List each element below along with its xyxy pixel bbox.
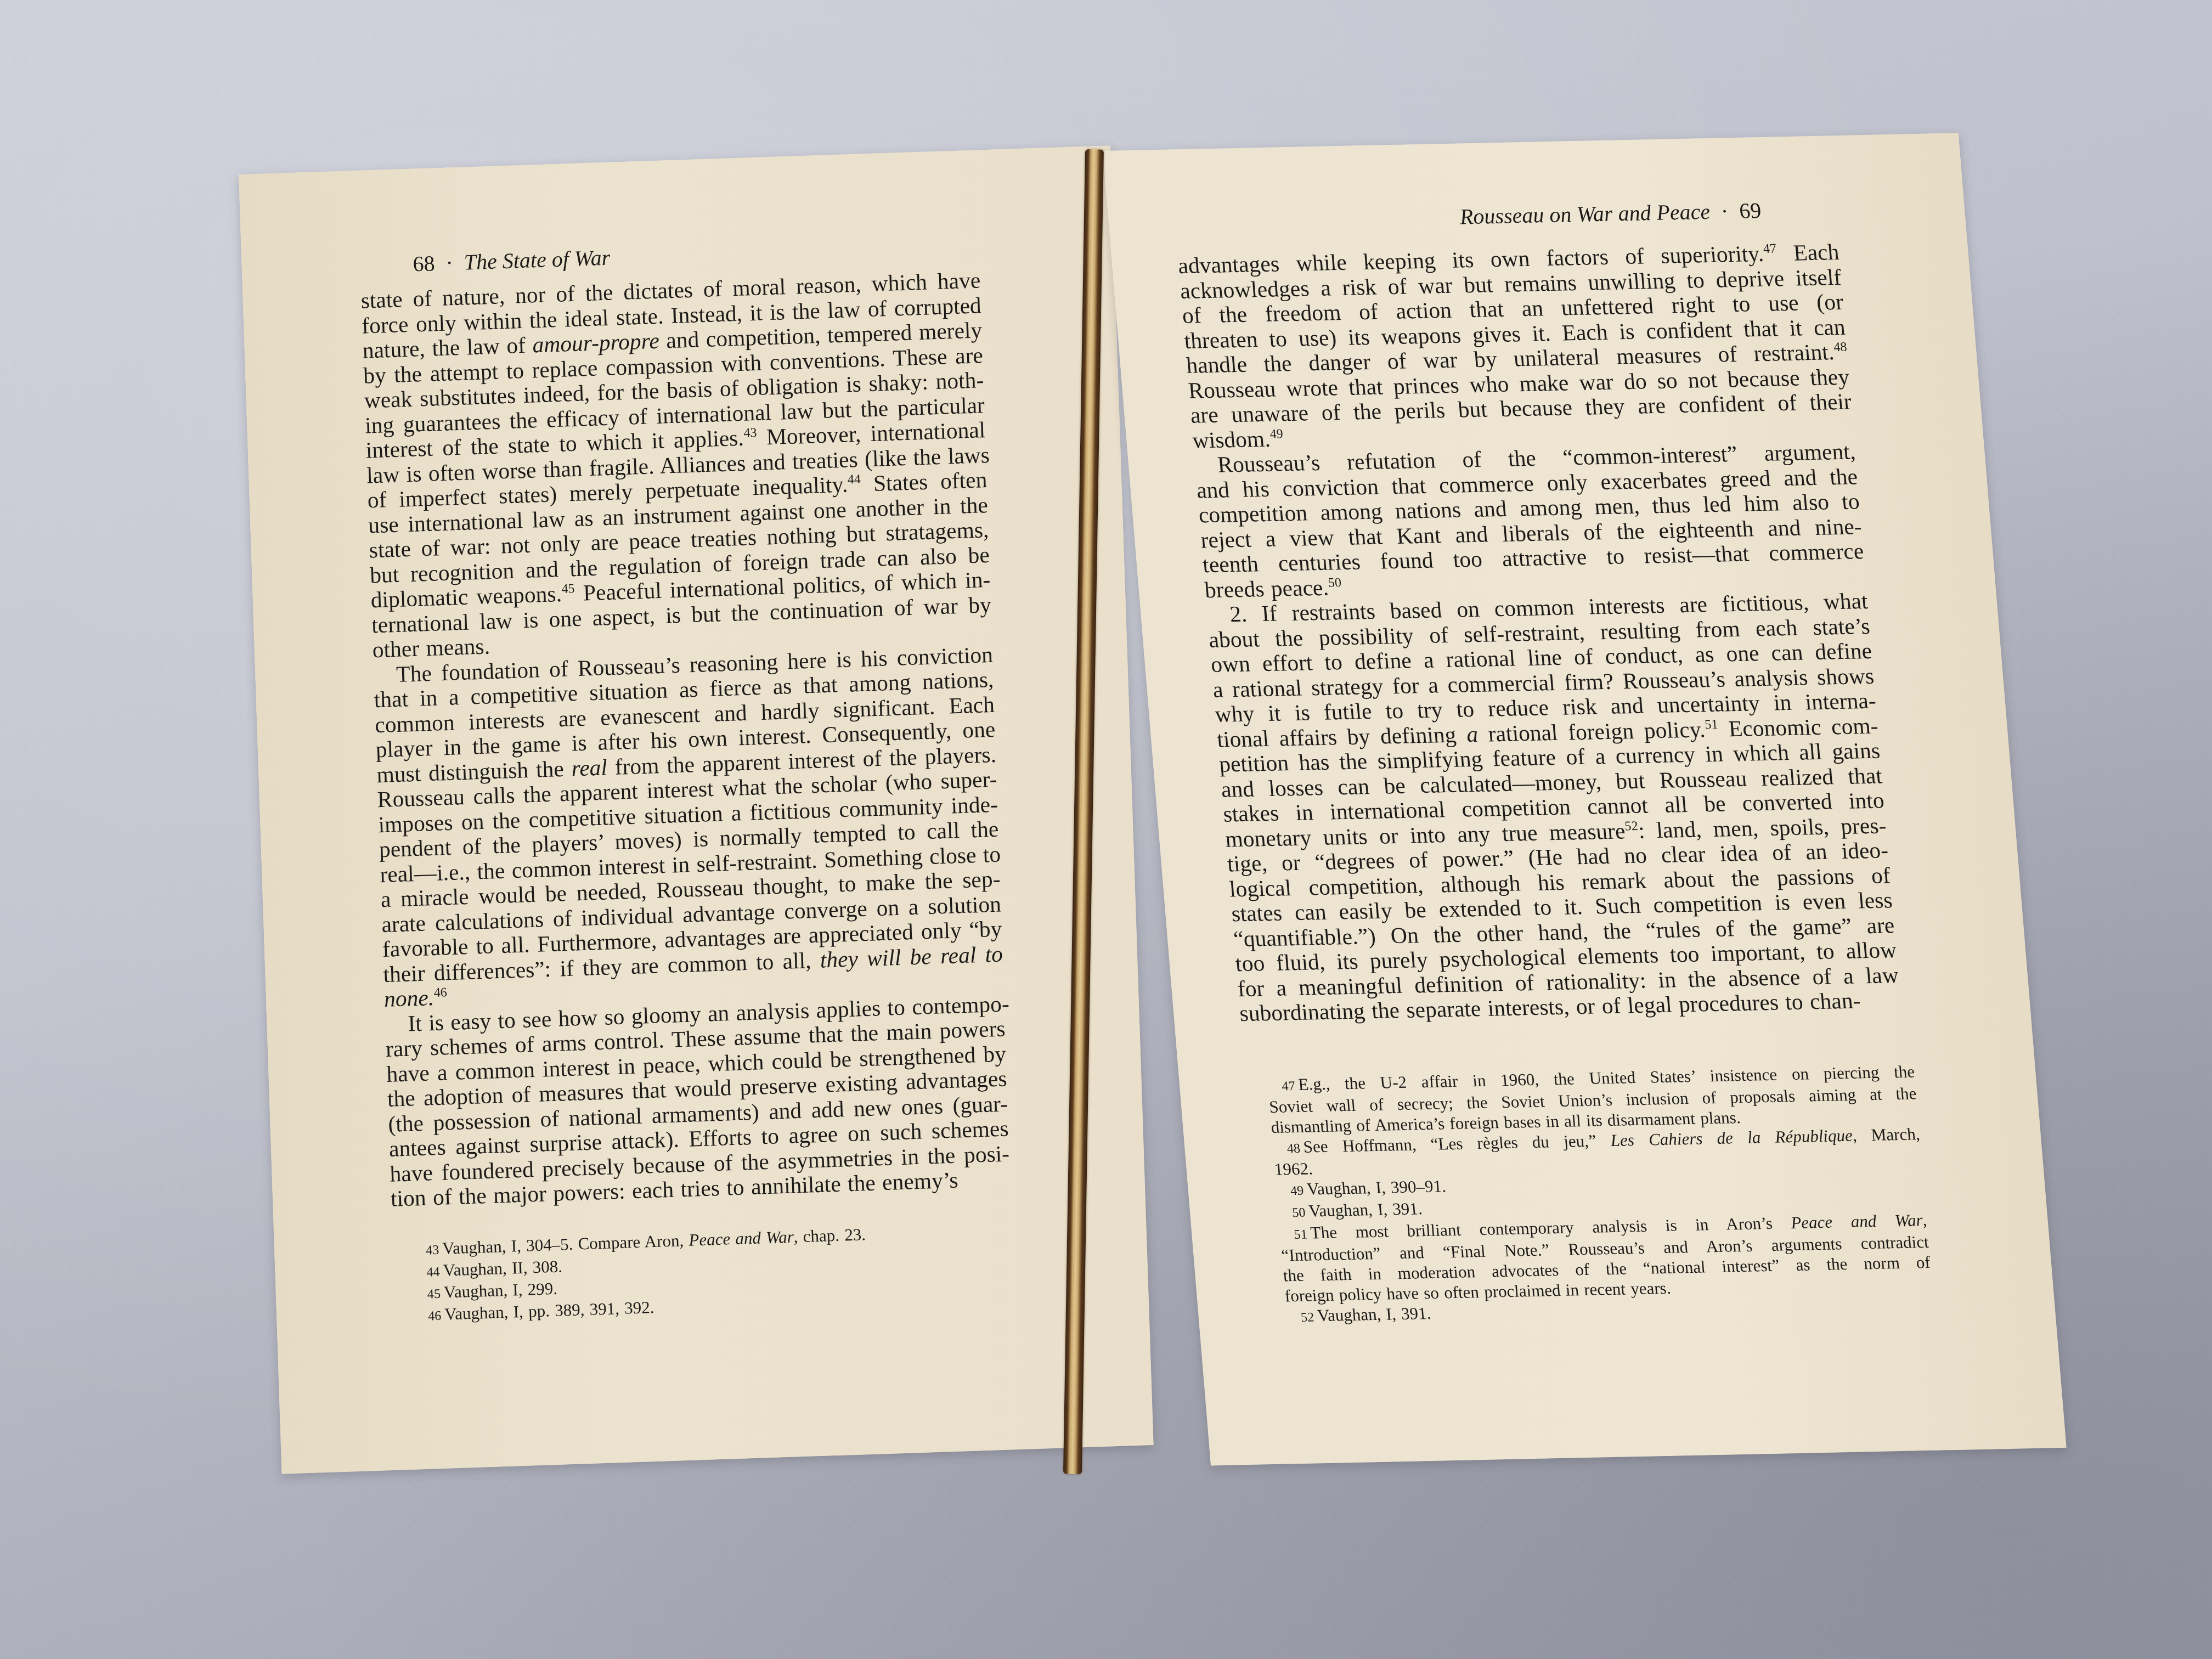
footnote-number: 44	[426, 1265, 440, 1280]
header-separator: ·	[445, 250, 454, 275]
open-book: 68·The State of War state of nature, nor…	[0, 0, 2212, 1659]
footnote-number: 46	[428, 1308, 442, 1324]
footnote-reference: 48	[1833, 340, 1847, 354]
footnote-reference: 45	[561, 582, 575, 596]
footnote-number: 52	[1300, 1310, 1314, 1324]
footnote-number: 48	[1286, 1141, 1301, 1156]
footnote-number: 47	[1281, 1079, 1295, 1093]
page-number: 69	[1738, 198, 1762, 223]
left-page-header: 68·The State of War	[413, 245, 611, 277]
footnote-number: 43	[426, 1243, 439, 1258]
footnote-reference: 50	[1328, 575, 1342, 590]
page-number: 68	[413, 251, 435, 276]
running-title: The State of War	[464, 245, 611, 275]
footnote-reference: 47	[1763, 241, 1777, 256]
right-page: Rousseau on War and Peace·69 advantages …	[1103, 133, 2067, 1465]
paragraph: 2. If restraints based on common interes…	[1206, 589, 1901, 1026]
paragraph: advantages while keeping its own factors…	[1177, 240, 1855, 453]
paragraph: The foundation of Rousseau’s reasoning h…	[373, 642, 1004, 1012]
right-page-body: advantages while keeping its own factors…	[1177, 240, 1902, 1026]
footnote-reference: 52	[1624, 819, 1638, 833]
right-page-header: Rousseau on War and Peace·69	[1459, 198, 1762, 229]
paragraph: state of nature, nor of the dictates of …	[360, 268, 992, 663]
footnote-number: 45	[427, 1286, 441, 1302]
running-title: Rousseau on War and Peace	[1459, 199, 1711, 229]
footnote-reference: 51	[1704, 717, 1718, 731]
footnote-number: 50	[1291, 1205, 1306, 1220]
right-page-footnotes: 47E.g., the U-2 affair in 1960, the Unit…	[1267, 1061, 1935, 1328]
header-separator: ·	[1720, 198, 1729, 224]
paragraph: Rousseau’s refutation of the “common-int…	[1193, 439, 1866, 602]
left-page-body: state of nature, nor of the dictates of …	[360, 268, 1011, 1211]
footnote-number: 51	[1294, 1227, 1308, 1242]
footnote-reference: 49	[1269, 427, 1284, 441]
paragraph: It is easy to see how so gloomy an analy…	[385, 991, 1011, 1211]
left-page: 68·The State of War state of nature, nor…	[239, 145, 1154, 1474]
footnote-number: 49	[1290, 1183, 1304, 1198]
footnote-reference: 43	[743, 426, 757, 441]
footnote-reference: 44	[847, 472, 861, 487]
left-page-footnotes: 43Vaughan, I, 304–5. Compare Aron, Peace…	[411, 1219, 1018, 1327]
footnote-reference: 46	[433, 985, 447, 1000]
footnote: 51The most brilliant contemporary analys…	[1279, 1210, 1933, 1306]
